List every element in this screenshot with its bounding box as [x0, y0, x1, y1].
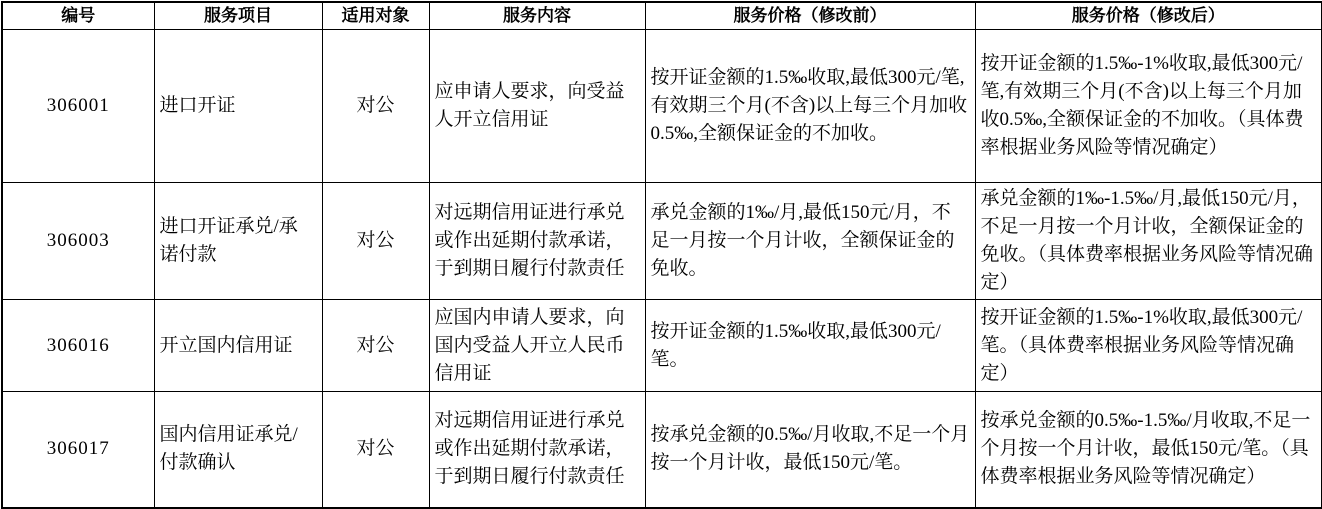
col-header-content: 服务内容: [429, 2, 645, 30]
cell-price-after: 按开证金额的1.5‰-1%收取,最低300元/笔,有效期三个月(不含)以上每三个…: [975, 30, 1322, 183]
cell-price-before: 按开证金额的1.5‰收取,最低300元/笔,有效期三个月(不含)以上每三个月加收…: [645, 30, 975, 183]
cell-price-before: 承兑金额的1‰/月,最低150元/月，不足一月按一个月计收，全额保证金的免收。: [645, 183, 975, 300]
cell-content: 对远期信用证进行承兑或作出延期付款承诺，于到期日履行付款责任: [429, 392, 645, 508]
cell-id: 306016: [2, 300, 154, 392]
cell-id: 306003: [2, 183, 154, 300]
cell-price-before: 按承兑金额的0.5‰/月收取,不足一个月按一个月计收，最低150元/笔。: [645, 392, 975, 508]
cell-price-before: 按开证金额的1.5‰收取,最低300元/笔。: [645, 300, 975, 392]
cell-price-after: 按开证金额的1.5‰-1%收取,最低300元/笔。（具体费率根据业务风险等情况确…: [975, 300, 1322, 392]
col-header-target: 适用对象: [322, 2, 429, 30]
cell-price-after: 承兑金额的1‰-1.5‰/月,最低150元/月，不足一月按一个月计收，全额保证金…: [975, 183, 1322, 300]
cell-target: 对公: [322, 183, 429, 300]
col-header-price-after: 服务价格（修改后）: [975, 2, 1322, 30]
cell-content: 应申请人要求，向受益人开立信用证: [429, 30, 645, 183]
cell-id: 306017: [2, 392, 154, 508]
table-row: 306003 进口开证承兑/承诺付款 对公 对远期信用证进行承兑或作出延期付款承…: [2, 183, 1322, 300]
cell-item: 开立国内信用证: [154, 300, 322, 392]
cell-item: 国内信用证承兑/付款确认: [154, 392, 322, 508]
cell-id: 306001: [2, 30, 154, 183]
table-row: 306001 进口开证 对公 应申请人要求，向受益人开立信用证 按开证金额的1.…: [2, 30, 1322, 183]
col-header-price-before: 服务价格（修改前）: [645, 2, 975, 30]
cell-price-after: 按承兑金额的0.5‰-1.5‰/月收取,不足一个月按一个月计收，最低150元/笔…: [975, 392, 1322, 508]
cell-item: 进口开证承兑/承诺付款: [154, 183, 322, 300]
service-fee-document: 编号 服务项目 适用对象 服务内容 服务价格（修改前） 服务价格（修改后） 30…: [0, 0, 1322, 509]
cell-target: 对公: [322, 392, 429, 508]
table-row: 306016 开立国内信用证 对公 应国内申请人要求，向国内受益人开立人民币信用…: [2, 300, 1322, 392]
cell-target: 对公: [322, 300, 429, 392]
cell-content: 应国内申请人要求，向国内受益人开立人民币信用证: [429, 300, 645, 392]
header-row: 编号 服务项目 适用对象 服务内容 服务价格（修改前） 服务价格（修改后）: [2, 2, 1322, 30]
col-header-id: 编号: [2, 2, 154, 30]
table-row: 306017 国内信用证承兑/付款确认 对公 对远期信用证进行承兑或作出延期付款…: [2, 392, 1322, 508]
service-fee-table: 编号 服务项目 适用对象 服务内容 服务价格（修改前） 服务价格（修改后） 30…: [1, 1, 1322, 509]
cell-content: 对远期信用证进行承兑或作出延期付款承诺，于到期日履行付款责任: [429, 183, 645, 300]
cell-item: 进口开证: [154, 30, 322, 183]
col-header-item: 服务项目: [154, 2, 322, 30]
cell-target: 对公: [322, 30, 429, 183]
